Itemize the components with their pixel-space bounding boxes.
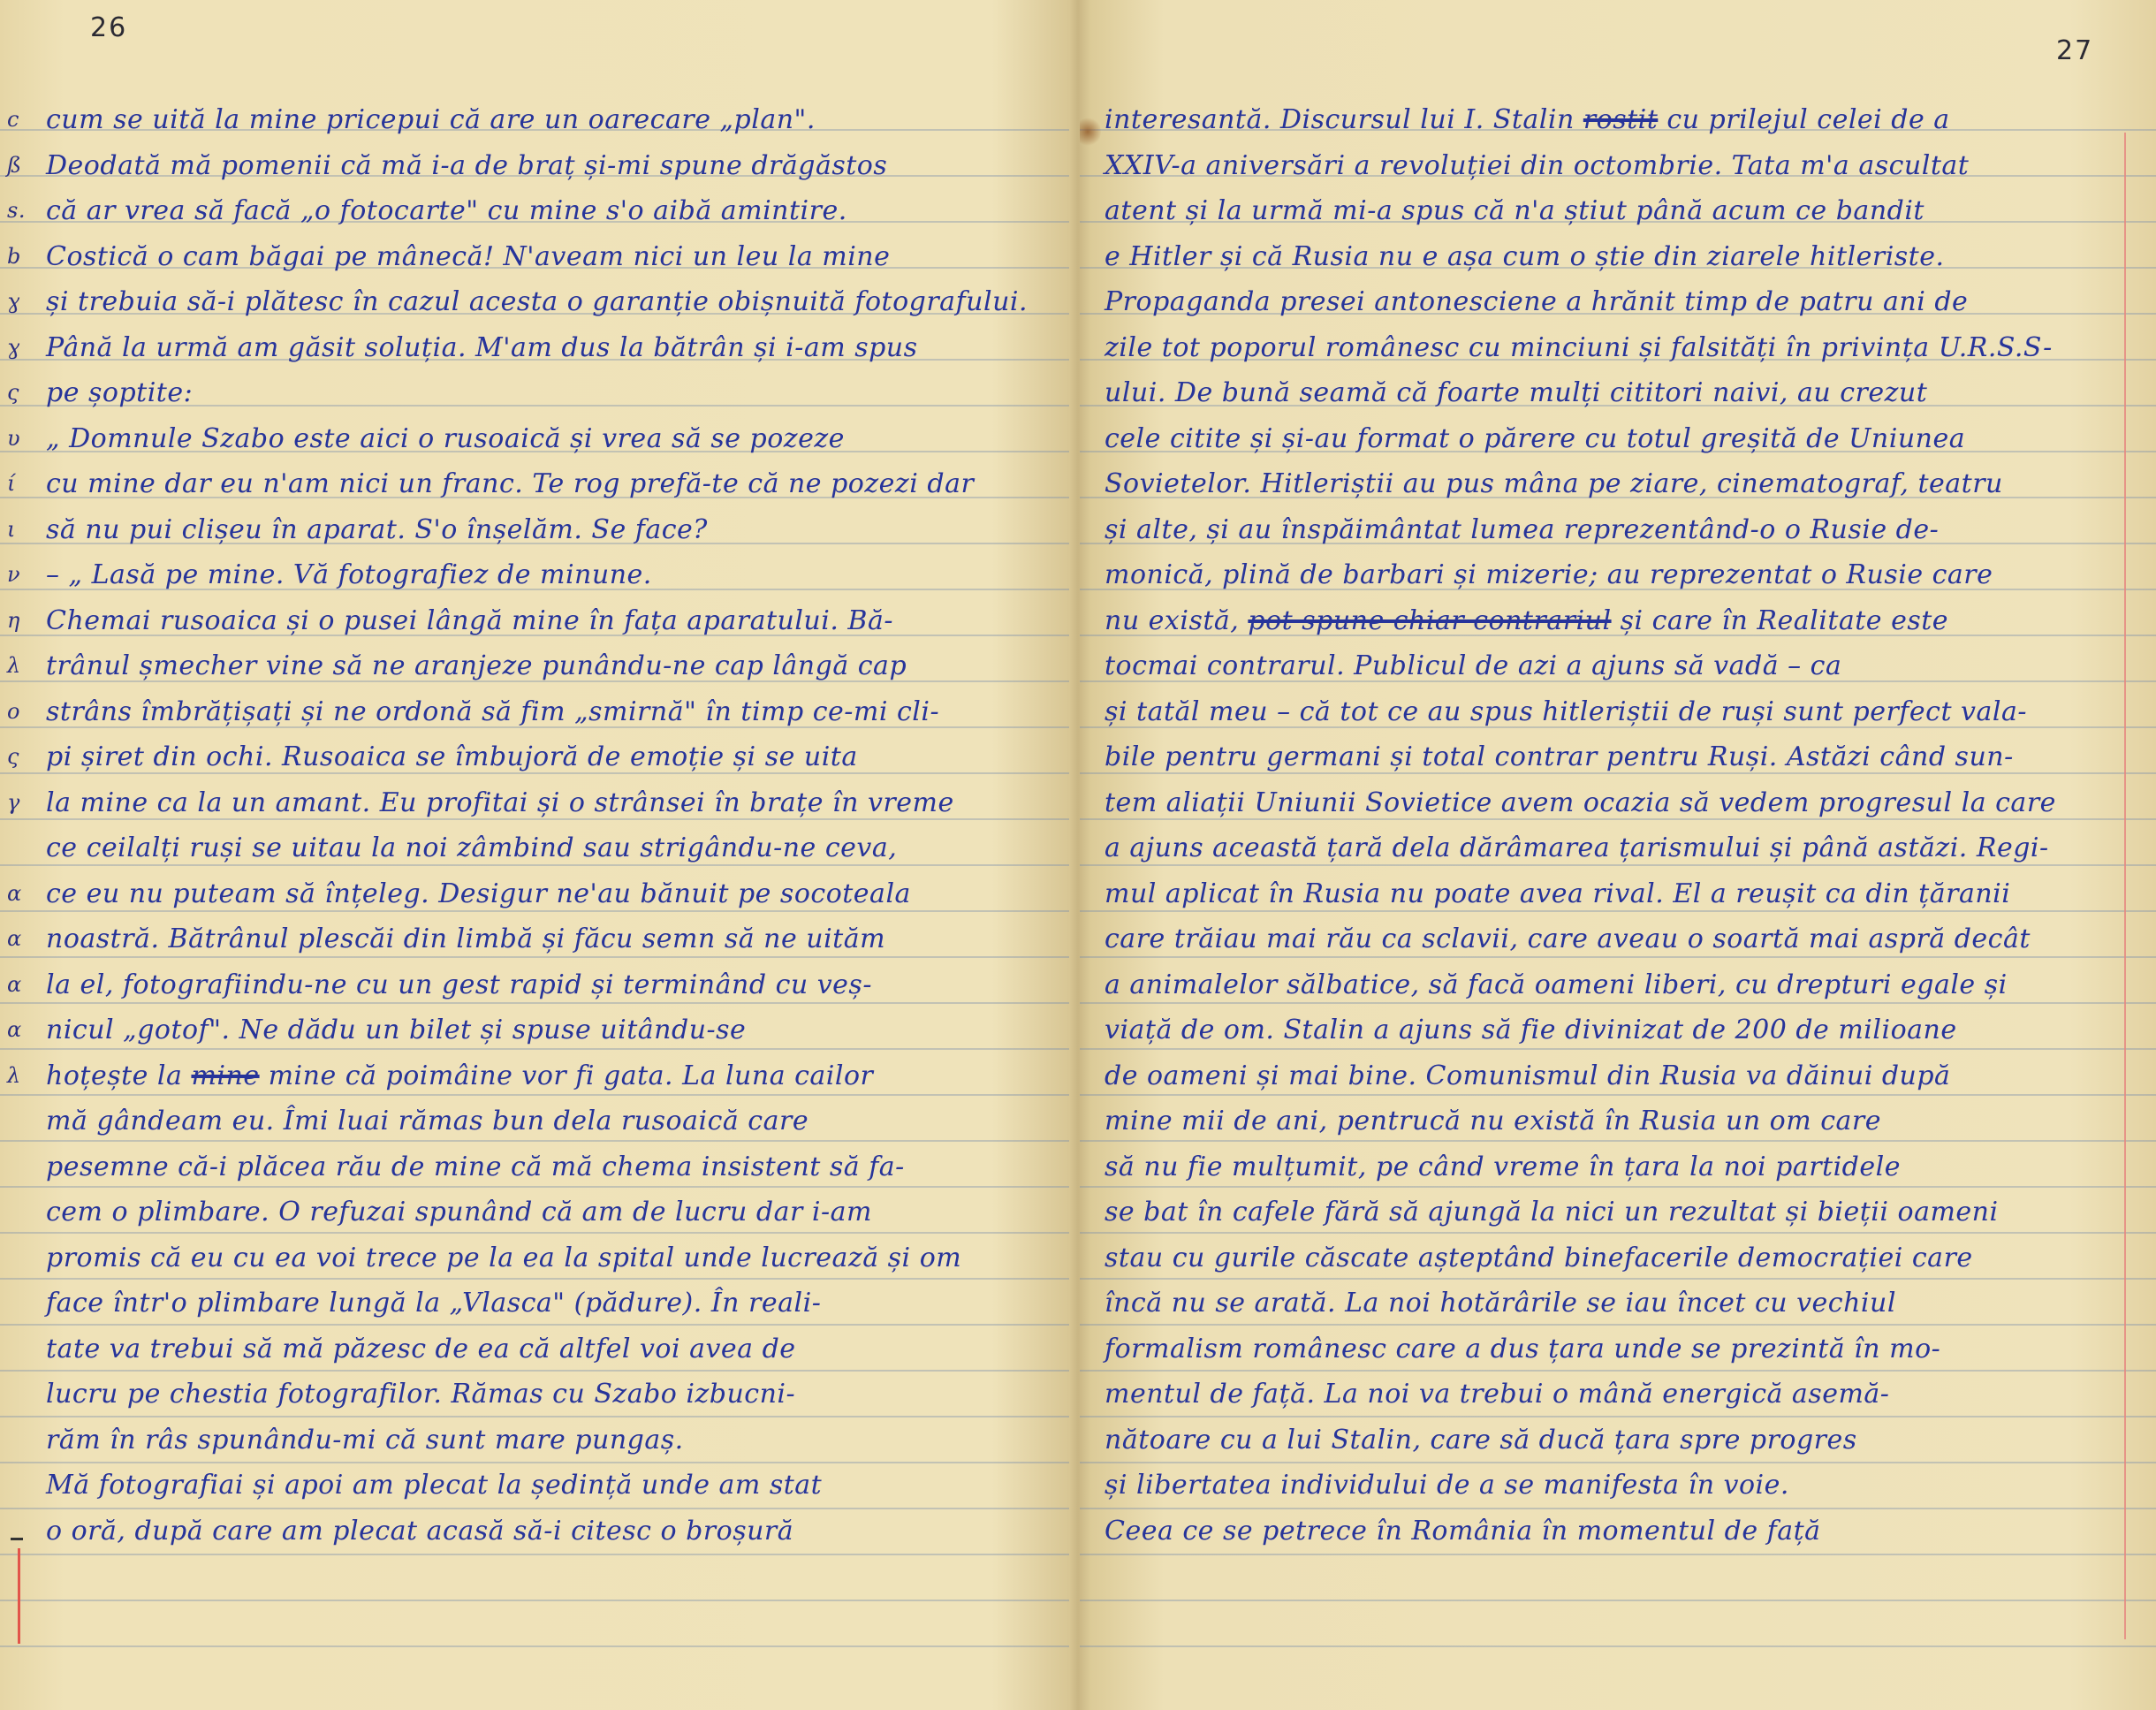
handwritten-line: e Hitler și că Rusia nu e așa cum o știe… bbox=[1080, 234, 2156, 280]
margin-annotation: α bbox=[7, 871, 22, 917]
margin-annotation: α bbox=[7, 1007, 22, 1053]
handwritten-line: ɣși trebuia să-i plătesc în cazul acesta… bbox=[0, 279, 1069, 325]
left-page: 26 ccum se uită la mine pricepui că are … bbox=[0, 0, 1069, 1710]
line-text: și alte, și au înspăimântat lumea reprez… bbox=[1105, 514, 1939, 545]
handwritten-line: υ„ Domnule Szabo este aici o rusoaică și… bbox=[0, 416, 1069, 462]
handwritten-line: ιsă nu pui clișeu în aparat. S'o înșelăm… bbox=[0, 507, 1069, 553]
line-text: tocmai contrarul. Publicul de azi a ajun… bbox=[1105, 650, 1841, 681]
handwritten-line: pesemne că-i plăcea rău de mine că mă ch… bbox=[0, 1144, 1069, 1190]
line-text: să nu pui clișeu în aparat. S'o înșelăm.… bbox=[46, 514, 708, 545]
line-text: Mă fotografiai și apoi am plecat la ședi… bbox=[46, 1470, 822, 1501]
line-text: mentul de față. La noi va trebui o mână … bbox=[1105, 1379, 1889, 1410]
handwritten-line: încă nu se arată. La noi hotărârile se i… bbox=[1080, 1281, 2156, 1326]
line-text: pi șiret din ochi. Rusoaica se îmbujoră … bbox=[46, 741, 858, 772]
line-text: Propaganda presei antonesciene a hrănit … bbox=[1105, 286, 1968, 317]
margin-annotation: ς bbox=[7, 370, 19, 416]
handwritten-line: viață de om. Stalin a ajuns să fie divin… bbox=[1080, 1007, 2156, 1053]
handwritten-line: monică, plină de barbari și mizerie; au … bbox=[1080, 552, 2156, 598]
line-text: a ajuns această țară dela dărâmarea țari… bbox=[1105, 832, 2049, 863]
handwritten-line: interesantă. Discursul lui I. Stalin ros… bbox=[1080, 97, 2156, 143]
handwritten-line: ςpi șiret din ochi. Rusoaica se îmbujoră… bbox=[0, 734, 1069, 780]
handwritten-line: stau cu gurile căscate așteptând binefac… bbox=[1080, 1235, 2156, 1281]
line-text: strâns îmbrățișați și ne ordonă să fim „… bbox=[46, 696, 939, 727]
line-text: trânul șmecher vine să ne aranjeze punân… bbox=[46, 650, 907, 681]
margin-annotation: ν bbox=[7, 552, 20, 598]
line-text: e Hitler și că Rusia nu e așa cum o știe… bbox=[1105, 241, 1945, 272]
line-text: – „ Lasă pe mine. Vă fotografiez de minu… bbox=[46, 559, 652, 590]
handwritten-line: ccum se uită la mine pricepui că are un … bbox=[0, 97, 1069, 143]
line-text: viață de om. Stalin a ajuns să fie divin… bbox=[1105, 1015, 1957, 1045]
handwritten-text-block: ccum se uită la mine pricepui că are un … bbox=[0, 97, 1069, 1554]
line-text: la mine ca la un amant. Eu profitai și o… bbox=[46, 787, 954, 818]
handwritten-line: ςpe șoptite: bbox=[0, 370, 1069, 416]
page-number: 26 bbox=[90, 12, 127, 43]
line-text: care trăiau mai rău ca sclavii, care ave… bbox=[1105, 923, 2031, 954]
line-text: interesantă. Discursul lui I. Stalin ros… bbox=[1105, 104, 1950, 135]
handwritten-line: λhoțește la mine mine că poimâine vor fi… bbox=[0, 1053, 1069, 1099]
handwritten-line: s.că ar vrea să facă „o fotocarte" cu mi… bbox=[0, 188, 1069, 234]
handwritten-line: cem o plimbare. O refuzai spunând că am … bbox=[0, 1189, 1069, 1235]
line-text: XXIV-a aniversări a revoluției din octom… bbox=[1105, 150, 1969, 181]
struck-text: pot spune chiar contrariul bbox=[1248, 605, 1611, 636]
handwritten-line: mentul de față. La noi va trebui o mână … bbox=[1080, 1372, 2156, 1417]
handwritten-line: αnoastră. Bătrânul plescăi din limbă și … bbox=[0, 916, 1069, 962]
margin-annotation: λ bbox=[7, 643, 21, 689]
line-text: la el, fotografiindu-ne cu un gest rapid… bbox=[46, 969, 872, 1000]
line-text: pe șoptite: bbox=[46, 377, 193, 408]
handwritten-line: o oră, după care am plecat acasă să-i ci… bbox=[0, 1509, 1069, 1554]
line-text: și tatăl meu – că tot ce au spus hitleri… bbox=[1105, 696, 2027, 727]
line-text: ce ceilalți ruși se uitau la noi zâmbind… bbox=[46, 832, 897, 863]
handwritten-line: γla mine ca la un amant. Eu profitai și … bbox=[0, 780, 1069, 826]
handwritten-line: Mă fotografiai și apoi am plecat la ședi… bbox=[0, 1463, 1069, 1509]
line-text: Chemai rusoaica și o pusei lângă mine în… bbox=[46, 605, 893, 636]
margin-annotation: ς bbox=[7, 734, 19, 780]
line-text: „ Domnule Szabo este aici o rusoaică și … bbox=[46, 423, 845, 454]
line-text: bile pentru germani și total contrar pen… bbox=[1105, 741, 2014, 772]
line-text: atent și la urmă mi-a spus că n'a știut … bbox=[1105, 195, 1924, 226]
line-text: cem o plimbare. O refuzai spunând că am … bbox=[46, 1197, 872, 1227]
margin-annotation: ß bbox=[7, 143, 22, 189]
line-text: Sovietelor. Hitleriștii au pus mâna pe z… bbox=[1105, 468, 2003, 499]
handwritten-line: mul aplicat în Rusia nu poate avea rival… bbox=[1080, 871, 2156, 917]
line-text: nicul „gotof". Ne dădu un bilet și spuse… bbox=[46, 1015, 746, 1045]
handwritten-line: mă gândeam eu. Îmi luai rămas bun dela r… bbox=[0, 1098, 1069, 1144]
handwritten-line: lucru pe chestia fotografilor. Rămas cu … bbox=[0, 1372, 1069, 1417]
line-text: zile tot poporul românesc cu minciuni și… bbox=[1105, 332, 2053, 363]
line-text: și libertatea individului de a se manife… bbox=[1105, 1470, 1789, 1501]
line-text: mă gândeam eu. Îmi luai rămas bun dela r… bbox=[46, 1106, 808, 1136]
margin-annotation: γ bbox=[7, 780, 20, 826]
line-text: nătoare cu a lui Stalin, care să ducă ța… bbox=[1105, 1425, 1857, 1455]
margin-annotation: o bbox=[7, 689, 20, 735]
margin-annotation: b bbox=[7, 234, 21, 280]
line-text: face într'o plimbare lungă la „Vlasca" (… bbox=[46, 1288, 821, 1319]
line-text: ului. De bună seamă că foarte mulți citi… bbox=[1105, 377, 1927, 408]
line-text: ce eu nu puteam să înțeleg. Desigur ne'a… bbox=[46, 878, 911, 909]
line-text: a animalelor sălbatice, să facă oameni l… bbox=[1105, 969, 2008, 1000]
handwritten-line: zile tot poporul românesc cu minciuni și… bbox=[1080, 325, 2156, 371]
line-text: promis că eu cu ea voi trece pe la ea la… bbox=[46, 1243, 961, 1273]
handwritten-line: ßDeodată mă pomenii că mă i-a de braț și… bbox=[0, 143, 1069, 189]
line-text: Deodată mă pomenii că mă i-a de braț și-… bbox=[46, 150, 887, 181]
line-text: se bat în cafele fără să ajungă la nici … bbox=[1105, 1197, 1999, 1227]
line-text: că ar vrea să facă „o fotocarte" cu mine… bbox=[46, 195, 847, 226]
handwritten-line: Propaganda presei antonesciene a hrănit … bbox=[1080, 279, 2156, 325]
handwritten-line: a animalelor sălbatice, să facă oameni l… bbox=[1080, 962, 2156, 1008]
line-text: mine mii de ani, pentrucă nu există în R… bbox=[1105, 1106, 1881, 1136]
line-text: Ceea ce se petrece în România în momentu… bbox=[1105, 1516, 1821, 1547]
line-text: nu există, pot spune chiar contrariul și… bbox=[1105, 605, 1948, 636]
margin-annotation: υ bbox=[7, 416, 20, 462]
handwritten-line: atent și la urmă mi-a spus că n'a știut … bbox=[1080, 188, 2156, 234]
handwritten-line: bile pentru germani și total contrar pen… bbox=[1080, 734, 2156, 780]
handwritten-line: cele citite și și-au format o părere cu … bbox=[1080, 416, 2156, 462]
handwritten-line: tocmai contrarul. Publicul de azi a ajun… bbox=[1080, 643, 2156, 689]
margin-annotation: η bbox=[7, 598, 20, 644]
line-text: tate va trebui să mă păzesc de ea că alt… bbox=[46, 1334, 796, 1364]
handwritten-line: αnicul „gotof". Ne dădu un bilet și spus… bbox=[0, 1007, 1069, 1053]
handwritten-line: nătoare cu a lui Stalin, care să ducă ța… bbox=[1080, 1417, 2156, 1463]
line-text: o oră, după care am plecat acasă să-i ci… bbox=[46, 1516, 793, 1547]
margin-annotation: λ bbox=[7, 1053, 21, 1099]
line-text: și trebuia să-i plătesc în cazul acesta … bbox=[46, 286, 1028, 317]
line-text: monică, plină de barbari și mizerie; au … bbox=[1105, 559, 1993, 590]
handwritten-line: ului. De bună seamă că foarte mulți citi… bbox=[1080, 370, 2156, 416]
handwritten-line: formalism românesc care a dus țara unde … bbox=[1080, 1326, 2156, 1372]
margin-annotation: ɣ bbox=[7, 325, 20, 371]
line-text: de oameni și mai bine. Comunismul din Ru… bbox=[1105, 1060, 1950, 1091]
red-margin-mark bbox=[18, 1548, 20, 1644]
right-page: 27 interesantă. Discursul lui I. Stalin … bbox=[1080, 0, 2156, 1710]
handwritten-line: răm în râs spunându-mi că sunt mare pung… bbox=[0, 1417, 1069, 1463]
margin-annotation: s. bbox=[7, 188, 26, 234]
handwritten-line: se bat în cafele fără să ajungă la nici … bbox=[1080, 1189, 2156, 1235]
handwritten-line: αce eu nu puteam să înțeleg. Desigur ne'… bbox=[0, 871, 1069, 917]
line-text: cum se uită la mine pricepui că are un o… bbox=[46, 104, 816, 135]
handwritten-line: promis că eu cu ea voi trece pe la ea la… bbox=[0, 1235, 1069, 1281]
handwritten-line: tate va trebui să mă păzesc de ea că alt… bbox=[0, 1326, 1069, 1372]
handwritten-line: face într'o plimbare lungă la „Vlasca" (… bbox=[0, 1281, 1069, 1326]
handwritten-text-block: interesantă. Discursul lui I. Stalin ros… bbox=[1080, 97, 2156, 1554]
margin-annotation: ι bbox=[7, 507, 16, 553]
handwritten-line: tem aliații Uniunii Sovietice avem ocazi… bbox=[1080, 780, 2156, 826]
line-text: cu mine dar eu n'am nici un franc. Te ro… bbox=[46, 468, 974, 499]
line-text: hoțește la mine mine că poimâine vor fi … bbox=[46, 1060, 873, 1091]
line-text: cele citite și și-au format o părere cu … bbox=[1105, 423, 1965, 454]
handwritten-line: nu există, pot spune chiar contrariul și… bbox=[1080, 598, 2156, 644]
handwritten-line: și alte, și au înspăimântat lumea reprez… bbox=[1080, 507, 2156, 553]
line-text: încă nu se arată. La noi hotărârile se i… bbox=[1105, 1288, 1896, 1319]
handwritten-line: λtrânul șmecher vine să ne aranjeze punâ… bbox=[0, 643, 1069, 689]
handwritten-line: αla el, fotografiindu-ne cu un gest rapi… bbox=[0, 962, 1069, 1008]
handwritten-line: care trăiau mai rău ca sclavii, care ave… bbox=[1080, 916, 2156, 962]
line-text: Costică o cam băgai pe mânecă! N'aveam n… bbox=[46, 241, 890, 272]
line-text: pesemne că-i plăcea rău de mine că mă ch… bbox=[46, 1151, 905, 1182]
line-text: mul aplicat în Rusia nu poate avea rival… bbox=[1105, 878, 2010, 909]
handwritten-line: ν– „ Lasă pe mine. Vă fotografiez de min… bbox=[0, 552, 1069, 598]
handwritten-line: și libertatea individului de a se manife… bbox=[1080, 1463, 2156, 1509]
handwritten-line: ίcu mine dar eu n'am nici un franc. Te r… bbox=[0, 461, 1069, 507]
handwritten-line: ɣPână la urmă am găsit soluția. M'am dus… bbox=[0, 325, 1069, 371]
handwritten-line: și tatăl meu – că tot ce au spus hitleri… bbox=[1080, 689, 2156, 735]
handwritten-line: Ceea ce se petrece în România în momentu… bbox=[1080, 1509, 2156, 1554]
margin-annotation: α bbox=[7, 962, 22, 1008]
margin-annotation: ί bbox=[7, 461, 16, 507]
notebook-spread: 26 ccum se uită la mine pricepui că are … bbox=[0, 0, 2156, 1710]
handwritten-line: ce ceilalți ruși se uitau la noi zâmbind… bbox=[0, 825, 1069, 871]
margin-annotation: c bbox=[7, 97, 19, 143]
line-text: stau cu gurile căscate așteptând binefac… bbox=[1105, 1243, 1973, 1273]
handwritten-line: ηChemai rusoaica și o pusei lângă mine î… bbox=[0, 598, 1069, 644]
line-text: tem aliații Uniunii Sovietice avem ocazi… bbox=[1105, 787, 2056, 818]
handwritten-line: XXIV-a aniversări a revoluției din octom… bbox=[1080, 143, 2156, 189]
handwritten-line: de oameni și mai bine. Comunismul din Ru… bbox=[1080, 1053, 2156, 1099]
handwritten-line: să nu fie mulțumit, pe când vreme în țar… bbox=[1080, 1144, 2156, 1190]
line-text: să nu fie mulțumit, pe când vreme în țar… bbox=[1105, 1151, 1901, 1182]
handwritten-line: ostrâns îmbrățișați și ne ordonă să fim … bbox=[0, 689, 1069, 735]
line-text: Până la urmă am găsit soluția. M'am dus … bbox=[46, 332, 918, 363]
margin-annotation: ɣ bbox=[7, 279, 20, 325]
line-text: noastră. Bătrânul plescăi din limbă și f… bbox=[46, 923, 885, 954]
line-text: răm în râs spunându-mi că sunt mare pung… bbox=[46, 1425, 684, 1455]
handwritten-line: a ajuns această țară dela dărâmarea țari… bbox=[1080, 825, 2156, 871]
margin-annotation: α bbox=[7, 916, 22, 962]
line-text: formalism românesc care a dus țara unde … bbox=[1105, 1334, 1940, 1364]
handwritten-line: Sovietelor. Hitleriștii au pus mâna pe z… bbox=[1080, 461, 2156, 507]
line-text: lucru pe chestia fotografilor. Rămas cu … bbox=[46, 1379, 795, 1410]
page-number: 27 bbox=[2056, 35, 2093, 66]
struck-text: rostit bbox=[1583, 104, 1659, 135]
handwritten-line: mine mii de ani, pentrucă nu există în R… bbox=[1080, 1098, 2156, 1144]
struck-text: mine bbox=[191, 1060, 259, 1091]
handwritten-line: bCostică o cam băgai pe mânecă! N'aveam … bbox=[0, 234, 1069, 280]
